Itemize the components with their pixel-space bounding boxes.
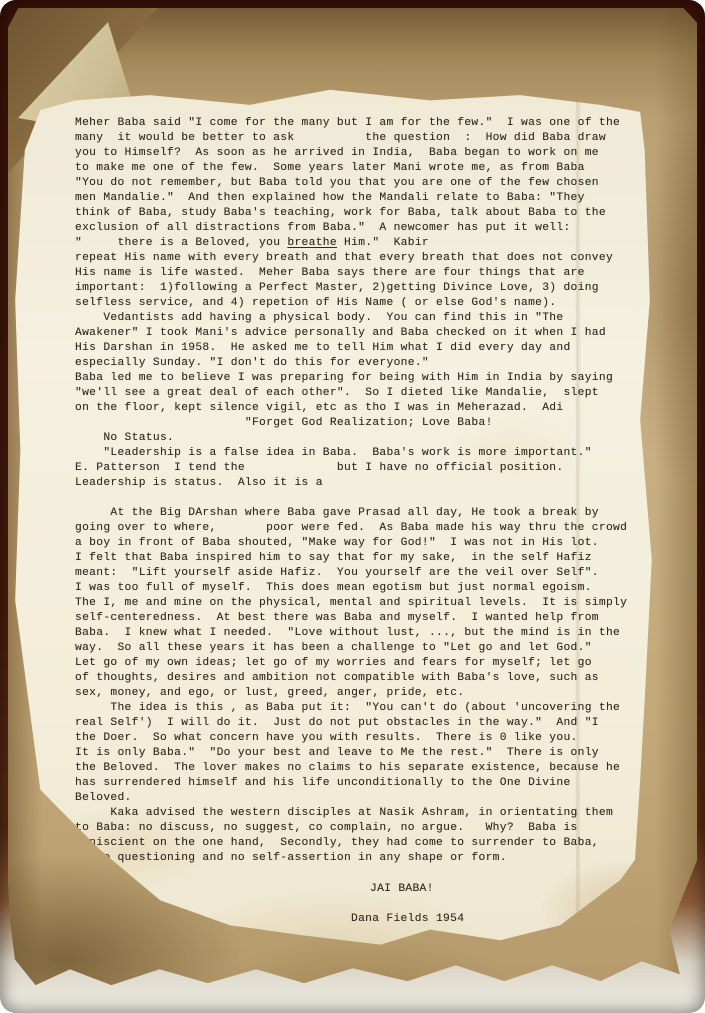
underlined-word: breathe [287,237,337,249]
body-text-after: Him." Kabir repeat His name with every b… [75,237,627,864]
document-photo: Meher Baba said "I come for the many but… [0,0,705,1013]
typed-page: Meher Baba said "I come for the many but… [10,88,655,973]
typed-text: Meher Baba said "I come for the many but… [75,116,650,927]
body-text-before: Meher Baba said "I come for the many but… [75,117,620,249]
